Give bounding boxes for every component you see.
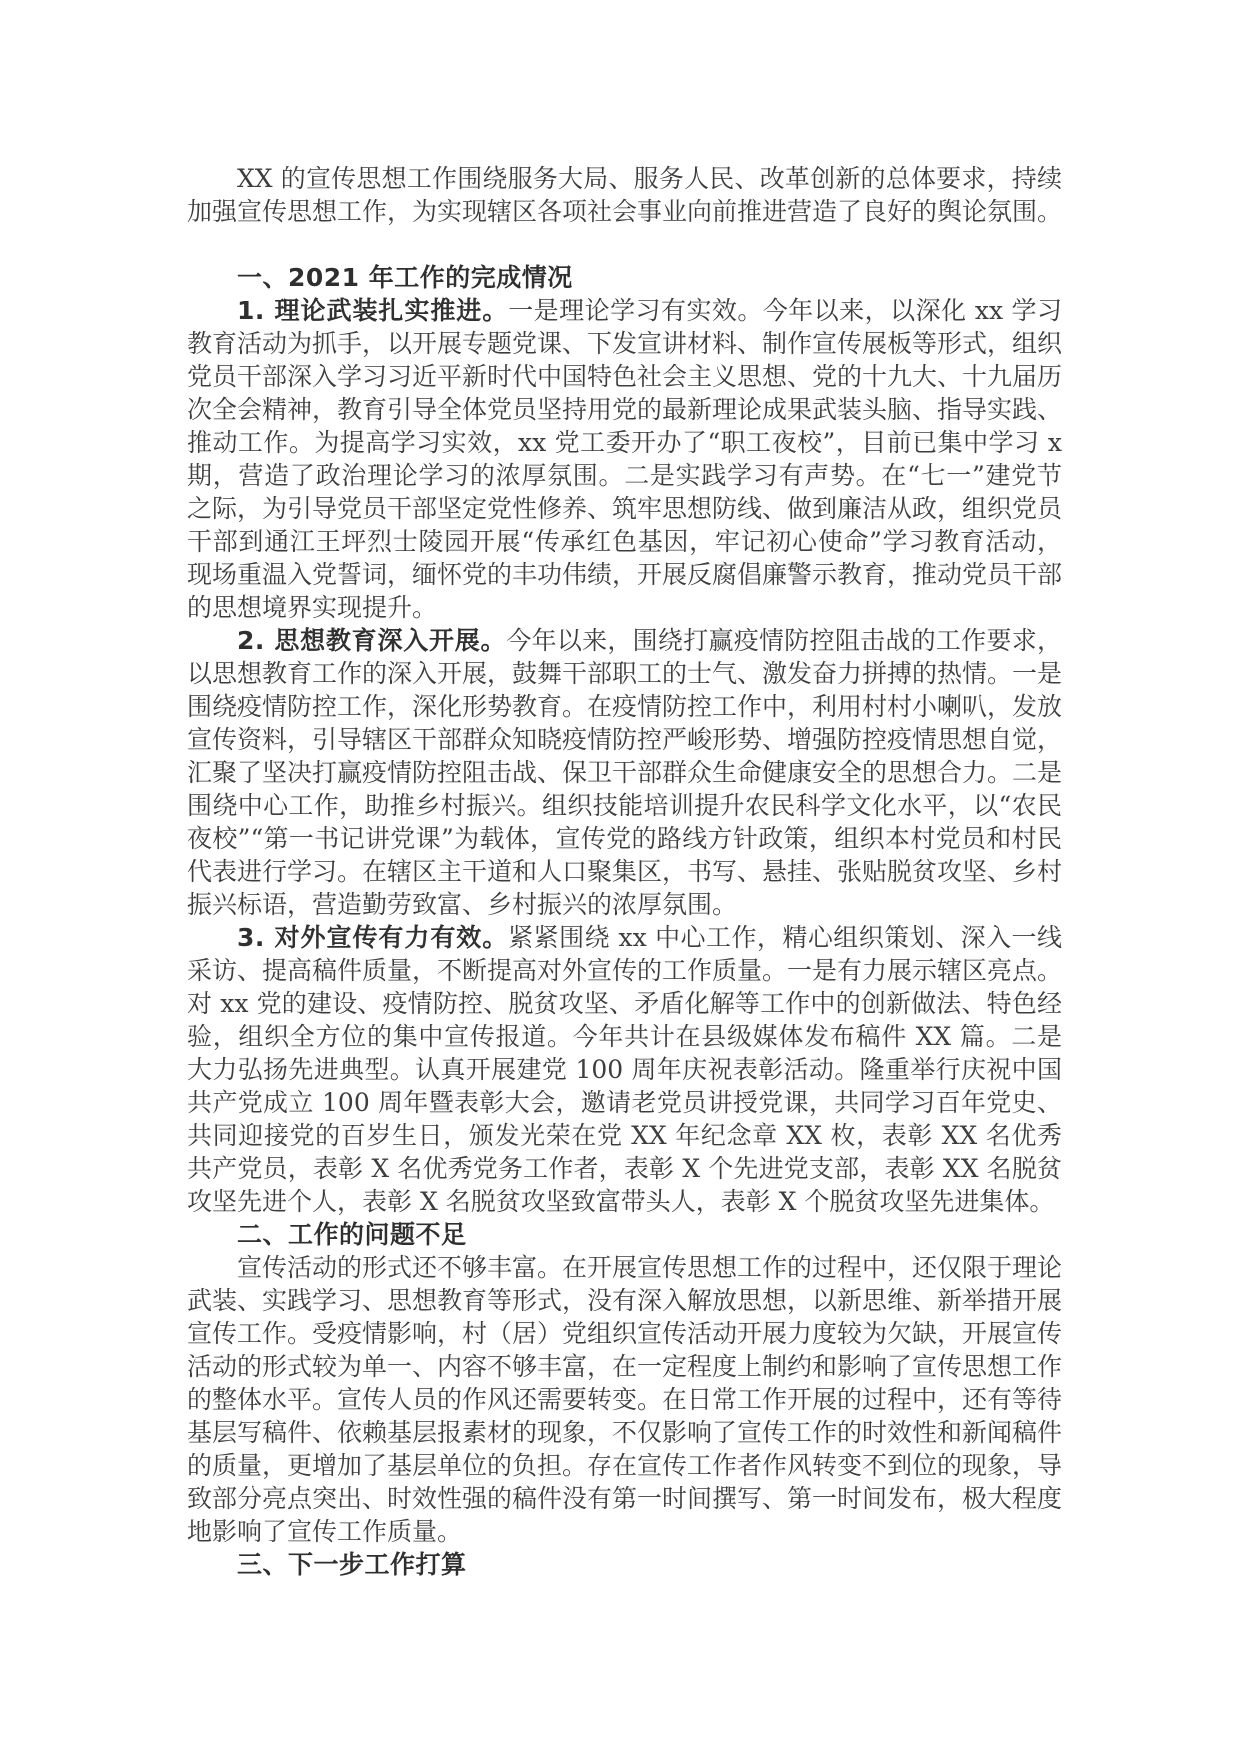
paragraph-text: XX 的宣传思想工作围绕服务大局、服务人民、改革创新的总体要求，持续加强宣传思想… (187, 164, 1062, 226)
section-3-heading: 三、下一步工作打算 (187, 1548, 1062, 1581)
document-body: XX 的宣传思想工作围绕服务大局、服务人民、改革创新的总体要求，持续加强宣传思想… (187, 162, 1062, 1581)
paragraph-text: 宣传活动的形式还不够丰富。在开展宣传思想工作的过程中，还仅限于理论武装、实践学习… (187, 1253, 1062, 1546)
intro-paragraph: XX 的宣传思想工作围绕服务大局、服务人民、改革创新的总体要求，持续加强宣传思想… (187, 162, 1062, 228)
section-1-item-3: 3. 对外宣传有力有效。紧紧围绕 xx 中心工作，精心组织策划、深入一线采访、提… (187, 921, 1062, 1218)
paragraph-text: 紧紧围绕 xx 中心工作，精心组织策划、深入一线采访、提高稿件质量，不断提高对外… (187, 923, 1062, 1216)
heading-text: 三、下一步工作打算 (237, 1550, 467, 1579)
section-1-item-2: 2. 思想教育深入开展。今年以来，围绕打赢疫情防控阻击战的工作要求，以思想教育工… (187, 624, 1062, 921)
document-page: XX 的宣传思想工作围绕服务大局、服务人民、改革创新的总体要求，持续加强宣传思想… (0, 0, 1240, 1754)
paragraph-text: 今年以来，围绕打赢疫情防控阻击战的工作要求，以思想教育工作的深入开展，鼓舞干部职… (187, 626, 1062, 919)
section-1-item-1: 1. 理论武装扎实推进。一是理论学习有实效。今年以来，以深化 xx 学习教育活动… (187, 294, 1062, 624)
paragraph-lead: 1. 理论武装扎实推进。 (237, 296, 508, 325)
section-1-heading: 一、2021 年工作的完成情况 (187, 261, 1062, 294)
heading-text: 二、工作的问题不足 (237, 1220, 467, 1249)
heading-text: 一、2021 年工作的完成情况 (237, 263, 573, 292)
section-2-heading: 二、工作的问题不足 (187, 1218, 1062, 1251)
paragraph-lead: 3. 对外宣传有力有效。 (237, 923, 508, 952)
paragraph-lead: 2. 思想教育深入开展。 (237, 626, 506, 655)
blank-line (187, 228, 1062, 261)
section-2-paragraph: 宣传活动的形式还不够丰富。在开展宣传思想工作的过程中，还仅限于理论武装、实践学习… (187, 1251, 1062, 1548)
paragraph-text: 一是理论学习有实效。今年以来，以深化 xx 学习教育活动为抓手，以开展专题党课、… (187, 296, 1062, 622)
